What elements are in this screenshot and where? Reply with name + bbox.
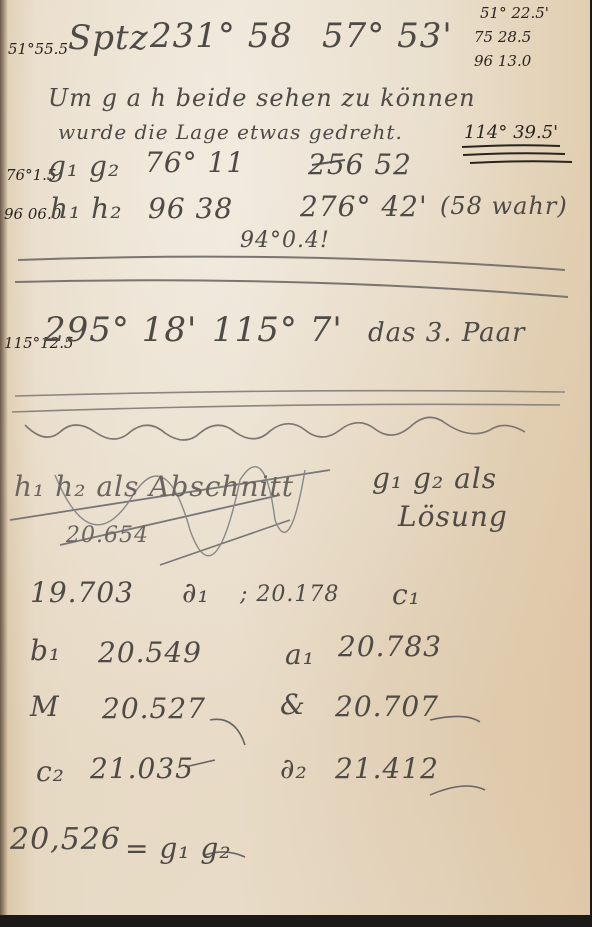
pair4-a-value: 21.035 [90,752,194,785]
right-note-line-1: g₁ g₂ als [372,462,497,495]
right-total: 114° 39.5' [464,122,558,143]
row2-label: g₁ g₂ [48,150,120,183]
pair1-a-value: 19.703 [30,576,134,609]
pair3-a-label: M [30,690,60,723]
struck-text: h₁ h₂ als Abschnitt [14,470,294,503]
pair4-b-value: 21.412 [335,752,439,785]
row2-value1: 76° 11 [145,146,245,179]
section2-note: das 3. Paar [368,318,526,348]
result-value: 20,526 [10,822,121,857]
struck-value: 20.654 [66,523,149,548]
right-list-item-2: 75 28.5 [474,28,531,46]
note-line-1: Um g a h beide sehen zu können [48,84,476,112]
pair1-a-symbol: ∂₁ [182,576,210,609]
row3-subnote: 94°0.4! [240,228,330,253]
row3-value2: 276° 42' [300,190,428,223]
pair4-b-symbol: ∂₂ [280,752,308,785]
right-list-item-1: 51° 22.5' [480,4,549,22]
pair2-a-label: b₁ [30,634,61,667]
section2-value2: 115° 7' [212,310,343,350]
result-equation: = g₁ g₂ [125,832,232,865]
row1-label: Sptz [68,18,149,58]
row3-label: h₁ h₂ [50,192,122,225]
pair1-b-value: ; 20.178 [240,582,339,607]
pair3-a-value: 20.527 [102,692,206,725]
pair4-a-label: c₂ [36,755,65,788]
right-list-item-3: 96 13.0 [474,52,531,70]
pair2-b-symbol: a₁ [285,638,315,671]
row1-value1: 231° 58 [150,16,293,56]
row3-note: (58 wahr) [440,192,568,220]
pair3-b-symbol: & [280,688,306,721]
row2-value2: 256 52 [308,148,412,181]
pair3-b-value: 20.707 [335,690,439,723]
margin-note-row1: 51°55.5 [8,40,68,58]
notebook-page: 51°55.5 Sptz 231° 58 57° 53' 51° 22.5' 7… [0,0,590,915]
row1-value2: 57° 53' [322,16,453,56]
pair1-b-symbol: c₁ [392,578,421,611]
pair2-b-value: 20.783 [338,630,442,663]
section2-value1: 295° 18' [44,310,197,350]
pair2-a-value: 20.549 [98,636,202,669]
row3-value1: 96 38 [148,192,233,225]
note-line-2: wurde die Lage etwas gedreht. [58,120,403,144]
right-note-line-2: Lösung [398,500,508,533]
